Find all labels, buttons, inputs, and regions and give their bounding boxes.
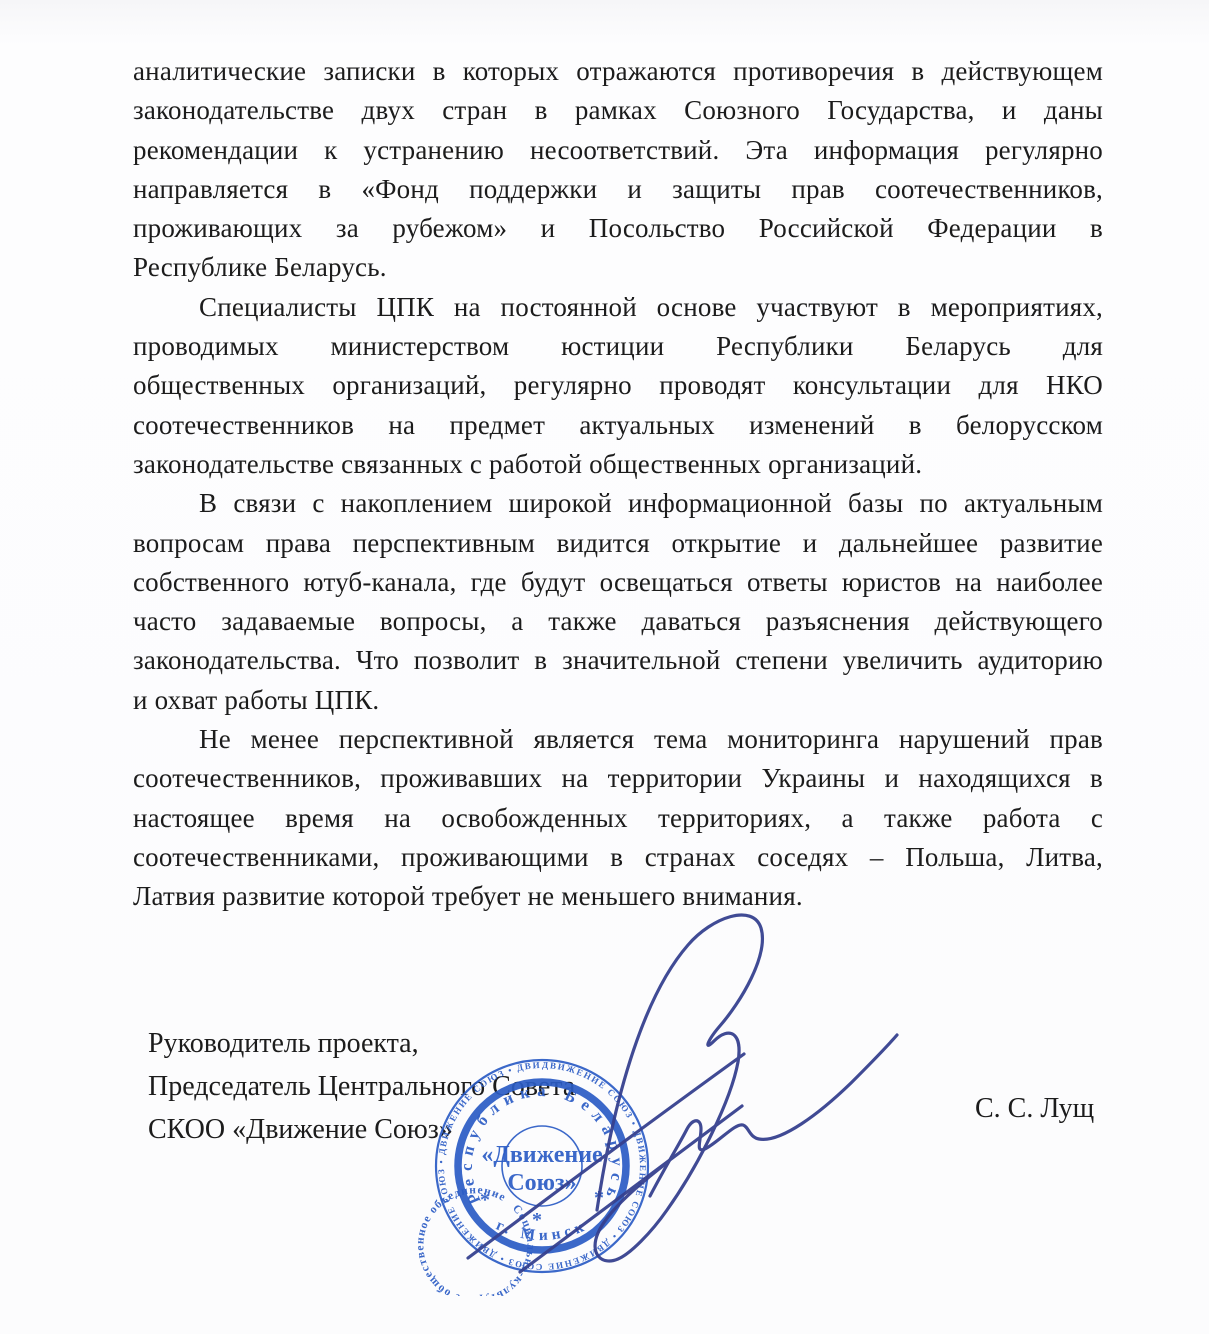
body-text-line: общественных организаций, регулярно пров… — [133, 366, 1103, 405]
signature-stroke-diagonal — [468, 1054, 744, 1258]
signature-stroke-tail — [650, 1035, 897, 1196]
document-body: аналитические записки в которых отражают… — [133, 52, 1103, 917]
body-text-line: В связи с накоплением широкой информацио… — [133, 484, 1103, 523]
body-text-line: направляется в «Фонд поддержки и защиты … — [133, 170, 1103, 209]
handwritten-signature — [420, 880, 920, 1310]
body-text-line: рекомендации к устранению несоответствий… — [133, 131, 1103, 170]
body-text-line: настоящее время на освобожденных террито… — [133, 799, 1103, 838]
scanned-document-page: аналитические записки в которых отражают… — [0, 0, 1209, 1334]
signature-stroke-diagonal2 — [520, 1106, 742, 1272]
body-text-line: законодательстве двух стран в рамках Сою… — [133, 91, 1103, 130]
body-text-line: и охват работы ЦПК. — [133, 681, 1103, 720]
signature-stroke-main — [595, 915, 762, 1261]
body-text-line: Не менее перспективной является тема мон… — [133, 720, 1103, 759]
body-text-line: часто задаваемые вопросы, а также давать… — [133, 602, 1103, 641]
body-text-line: собственного ютуб-канала, где будут осве… — [133, 563, 1103, 602]
signer-name: С. С. Лущ — [975, 1093, 1094, 1125]
body-text-line: соотечественников на предмет актуальных … — [133, 406, 1103, 445]
body-text-line: законодательства. Что позволит в значите… — [133, 641, 1103, 680]
body-text-line: Республике Беларусь. — [133, 248, 1103, 287]
body-text-line: вопросам права перспективным видится отк… — [133, 524, 1103, 563]
body-text-line: аналитические записки в которых отражают… — [133, 52, 1103, 91]
body-text-line: проводимых министерством юстиции Республ… — [133, 327, 1103, 366]
body-text-line: проживающих за рубежом» и Посольство Рос… — [133, 209, 1103, 248]
body-text-line: Специалисты ЦПК на постоянной основе уча… — [133, 288, 1103, 327]
body-text-line: законодательстве связанных с работой общ… — [133, 445, 1103, 484]
body-text-line: соотечественниками, проживающими в стран… — [133, 838, 1103, 877]
body-text-line: соотечественников, проживавших на террит… — [133, 759, 1103, 798]
